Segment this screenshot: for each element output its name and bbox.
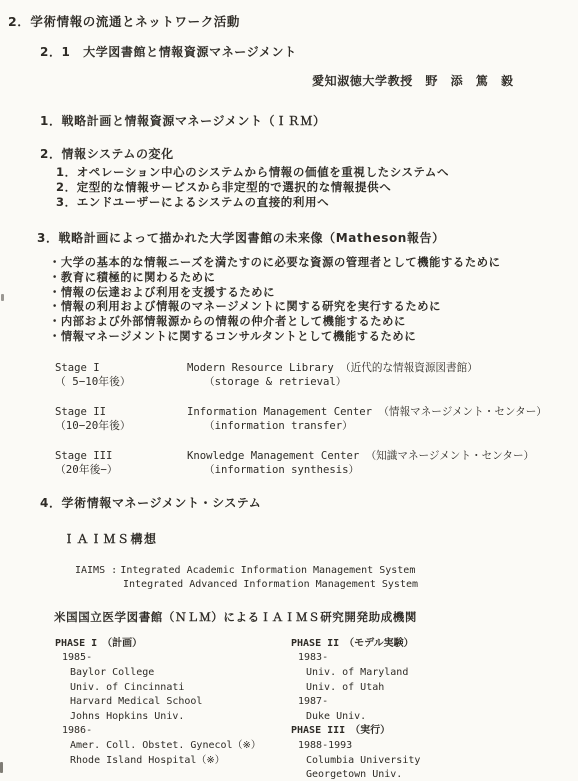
list-item: 2．定型的な情報サービスから非定型的で選択的な情報提供へ xyxy=(56,180,578,195)
iaims-concept-title: ＩＡＩＭＳ構想 xyxy=(63,530,578,547)
bullet-item: ・大学の基本的な情報ニーズを満たすのに必要な資源の管理者として機能するために xyxy=(49,256,578,271)
stage-center: Modern Resource Library （近代的な情報資源図書館） xyxy=(187,361,578,375)
phase-year: 1988-1993 xyxy=(291,739,578,754)
scanned-document-page: 2．学術情報の流通とネットワーク活動 2．1 大学図書館と情報資源マネージメント… xyxy=(0,0,578,781)
bullet-item: ・教育に積極的に関わるために xyxy=(49,271,578,286)
iaims-definition-1: Integrated Academic Information Manageme… xyxy=(120,565,415,576)
phase-institution: Univ. of Maryland xyxy=(291,666,578,681)
stage-table: Stage I Modern Resource Library （近代的な情報資… xyxy=(55,361,578,477)
stage-row: Stage III Knowledge Management Center （知… xyxy=(55,449,578,477)
phase-heading: PHASE I （計画） xyxy=(55,637,291,652)
stage-name: Stage II xyxy=(55,405,187,419)
phase-institution: Columbia University xyxy=(291,754,578,769)
phase-institution: Univ. of Utah xyxy=(291,681,578,696)
phase-institution: Baylor College xyxy=(55,666,291,681)
phase-institution: Georgetown Univ. xyxy=(291,768,578,781)
list-item: 1．オペレーション中心のシステムから情報の価値を重視したシステムへ xyxy=(56,165,578,180)
matheson-bullet-list: ・大学の基本的な情報ニーズを満たすのに必要な資源の管理者として機能するために ・… xyxy=(49,256,578,345)
phase-column-left: PHASE I （計画） 1985- Baylor College Univ. … xyxy=(55,637,291,781)
phase-institution: Duke Univ. xyxy=(291,710,578,725)
phase-institution: Amer. Coll. Obstet. Gynecol（※） xyxy=(55,739,291,754)
heading-academic-ims: 4．学術情報マネージメント・システム xyxy=(40,494,578,511)
phase-year: 1987- xyxy=(291,695,578,710)
phase-heading: PHASE II （モデル実験） xyxy=(291,637,578,652)
phase-column-right: PHASE II （モデル実験） 1983- Univ. of Maryland… xyxy=(291,637,578,781)
phase-heading: PHASE III （実行） xyxy=(291,724,578,739)
stage-period: （ 5−10年後） xyxy=(55,375,187,389)
chapter-title: 2．学術情報の流通とネットワーク活動 xyxy=(8,0,578,30)
iaims-definition-2: Integrated Advanced Information Manageme… xyxy=(123,578,578,593)
phase-year: 1983- xyxy=(291,651,578,666)
stage-function: （information synthesis） xyxy=(187,463,578,477)
stage-row: Stage I Modern Resource Library （近代的な情報資… xyxy=(55,361,578,389)
bullet-item: ・情報の伝達および利用を支援するために xyxy=(49,286,578,301)
iaims-label: IAIMS : xyxy=(75,565,117,576)
stage-center: Information Management Center （情報マネージメント… xyxy=(187,405,578,419)
phase-institution: Harvard Medical School xyxy=(55,695,291,710)
phase-institution: Univ. of Cincinnati xyxy=(55,681,291,696)
heading-irm: 1．戦略計画と情報資源マネージメント（ＩＲＭ） xyxy=(40,112,578,129)
bullet-item: ・情報の利用および情報のマネージメントに関する研究を実行するために xyxy=(49,300,578,315)
bullet-item: ・内部および外部情報源からの情報の仲介者として機能するために xyxy=(49,315,578,330)
phase-year: 1985- xyxy=(55,651,291,666)
scan-artifact xyxy=(1,294,4,301)
stage-function: （storage & retrieval） xyxy=(187,375,578,389)
stage-name: Stage I xyxy=(55,361,187,375)
iaims-definition: IAIMS : Integrated Academic Information … xyxy=(75,564,578,593)
stage-function: （information transfer） xyxy=(187,419,578,433)
bullet-item: ・情報マネージメントに関するコンサルタントとして機能するために xyxy=(49,330,578,345)
stage-period: （20年後−） xyxy=(55,463,187,477)
phase-columns: PHASE I （計画） 1985- Baylor College Univ. … xyxy=(55,637,578,781)
nlm-heading: 米国国立医学図書館（ＮＬＭ）によるＩＡＩＭＳ研究開発助成機関 xyxy=(54,609,578,625)
phase-year: 1986- xyxy=(55,724,291,739)
stage-row: Stage II Information Management Center （… xyxy=(55,405,578,433)
heading-matheson: 3．戦略計画によって描かれた大学図書館の未来像（Matheson報告） xyxy=(37,229,578,246)
stage-center: Knowledge Management Center （知識マネージメント・セ… xyxy=(187,449,578,463)
stage-period: （10−20年後） xyxy=(55,419,187,433)
heading-system-change: 2．情報システムの変化 xyxy=(40,145,578,162)
author-byline: 愛知淑徳大学教授 野 添 篤 毅 xyxy=(312,72,578,89)
section-title: 2．1 大学図書館と情報資源マネージメント xyxy=(40,43,578,60)
phase-institution: Rhode Island Hospital（※） xyxy=(55,754,291,769)
phase-institution: Johns Hopkins Univ. xyxy=(55,710,291,725)
system-change-list: 1．オペレーション中心のシステムから情報の価値を重視したシステムへ 2．定型的な… xyxy=(56,165,578,210)
list-item: 3．エンドユーザーによるシステムの直接的利用へ xyxy=(56,195,578,210)
stage-name: Stage III xyxy=(55,449,187,463)
scan-artifact xyxy=(0,762,3,773)
